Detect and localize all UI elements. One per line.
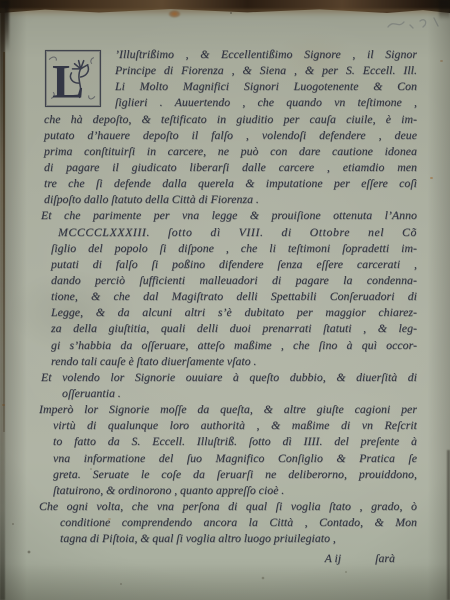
catchword: ſarà [375, 550, 395, 566]
fox-stain [168, 10, 181, 18]
text-line: za della giuſtitia, quali delli duoi pre… [39, 320, 417, 336]
book-page-photo: L ’Illuſtrißimo , & Eccellentißimo Signo… [0, 0, 450, 600]
text-line: virtù di qualunque loro authorità , & ma… [39, 417, 417, 433]
text-line: Che ogni volta, che vna perſona di qual … [39, 498, 417, 514]
text-line: ſiglio del popolo ſi diſpone , che li te… [39, 240, 417, 256]
text-line: dando perciò ſufficienti malleuadori di … [39, 272, 417, 288]
signature-mark: A ij [325, 550, 342, 566]
text-line: tione, & che dal Magiſtrato delli Spetta… [39, 288, 417, 304]
text-line: MCCCCLXXXIII. ſotto dì VIII. di Ottobre … [39, 224, 417, 240]
text-line: Imperò lor Signorie moſſe da queſta, & a… [39, 401, 417, 417]
text-line: oſſeruantia . [39, 385, 417, 401]
initial-letter: L [52, 55, 84, 105]
text-line: putato d’hauere depoſto il falſo , volen… [39, 127, 417, 143]
text-line: che hà depoſto, & teſtificato in giuditi… [39, 111, 417, 127]
text-line: rendo tali cauſe è ſtato diuerſamente vſ… [39, 353, 417, 369]
initial-ornament-icon: L [46, 51, 99, 105]
text-line: conditione comprendendo ancora la Città … [39, 514, 417, 530]
paper-specks [230, 12, 232, 14]
text-line: vna informatione del ſuo Magnifico Conſi… [39, 450, 417, 466]
text-line: Et che parimente per vna legge & prouiſi… [39, 207, 417, 223]
text-line: to fatto da S. Eccell. Illuſtriß. ſotto … [39, 433, 417, 449]
woodcut-initial: L [45, 50, 101, 107]
handwriting-marks-icon [386, 12, 444, 36]
text-line: prima conſtituirſi in carcere, ne può co… [39, 143, 417, 159]
page-text-block: L ’Illuſtrißimo , & Eccellentißimo Signo… [39, 46, 417, 567]
text-line: Legge, & da alcuni altri s’è dubitato pe… [39, 304, 417, 320]
text-line: greta. Seruate le coſe da ſeruarſi ne de… [39, 466, 417, 482]
text-line: gi s’habbia da oſſeruare, atteſo maßime … [39, 337, 417, 353]
signature-line: A ij ſarà [39, 550, 417, 566]
text-line: putati di falſo ſi poßino difendere ſenz… [39, 256, 417, 272]
text-line: ſtatuirono, & ordinorono , quanto appreſ… [39, 482, 417, 498]
text-line: di pagare il giudicato liberarſi dalle c… [39, 159, 417, 175]
text-line: Et volendo lor Signorie ouuiare à queſto… [39, 369, 417, 385]
page-edge-line [3, 52, 5, 432]
text-line: tagna di Piſtoia, & qual ſi voglia altro… [39, 530, 417, 546]
rust-flecks [430, 177, 433, 179]
text-line: tre che ſi defende dalla querela & imput… [39, 175, 417, 191]
text-line: diſpoſto dallo ſtatuto della Città di Fi… [39, 191, 417, 207]
binding-shadow [0, 9, 450, 16]
